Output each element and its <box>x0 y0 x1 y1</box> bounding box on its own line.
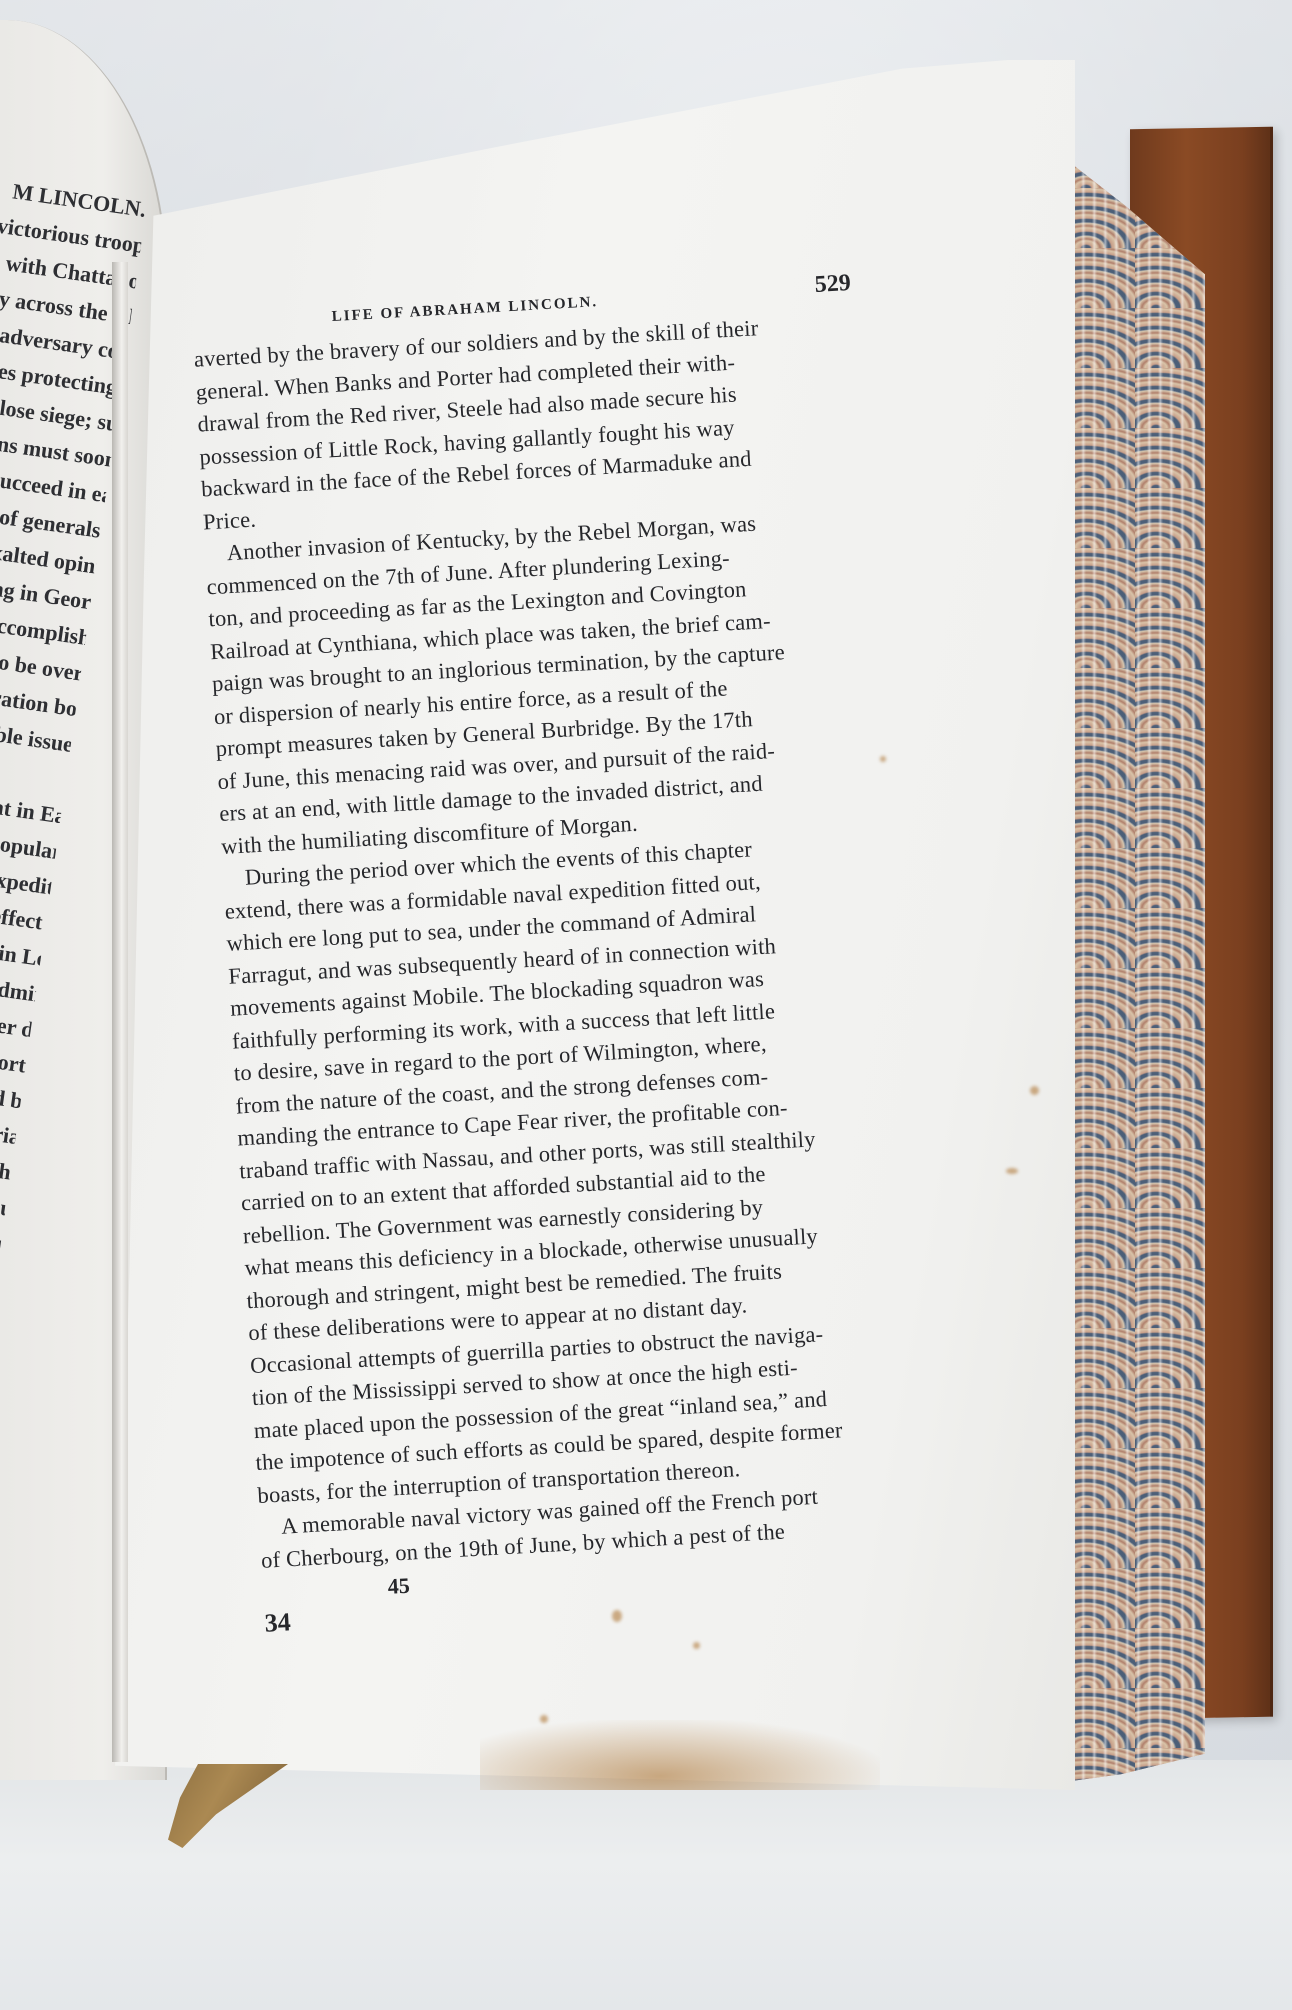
foxing-stain <box>612 1610 622 1622</box>
book-gutter <box>112 262 128 1762</box>
running-title: LIFE OF ABRAHAM LINCOLN. <box>331 294 598 326</box>
foxing-stain-bottom-edge <box>480 1720 880 1790</box>
signature-mark: 45 <box>387 1573 410 1600</box>
body-text: averted by the bravery of our soldiers a… <box>193 307 921 1577</box>
gathering-mark: 34 <box>264 1607 292 1638</box>
right-page-text-block: LIFE OF ABRAHAM LINCOLN. 529 averted by … <box>191 270 925 1641</box>
foxing-stain <box>693 1642 700 1649</box>
foxing-stain <box>1030 1086 1039 1095</box>
foxing-stain <box>1006 1168 1018 1174</box>
page-number: 529 <box>814 270 851 299</box>
foxing-stain <box>880 756 886 762</box>
